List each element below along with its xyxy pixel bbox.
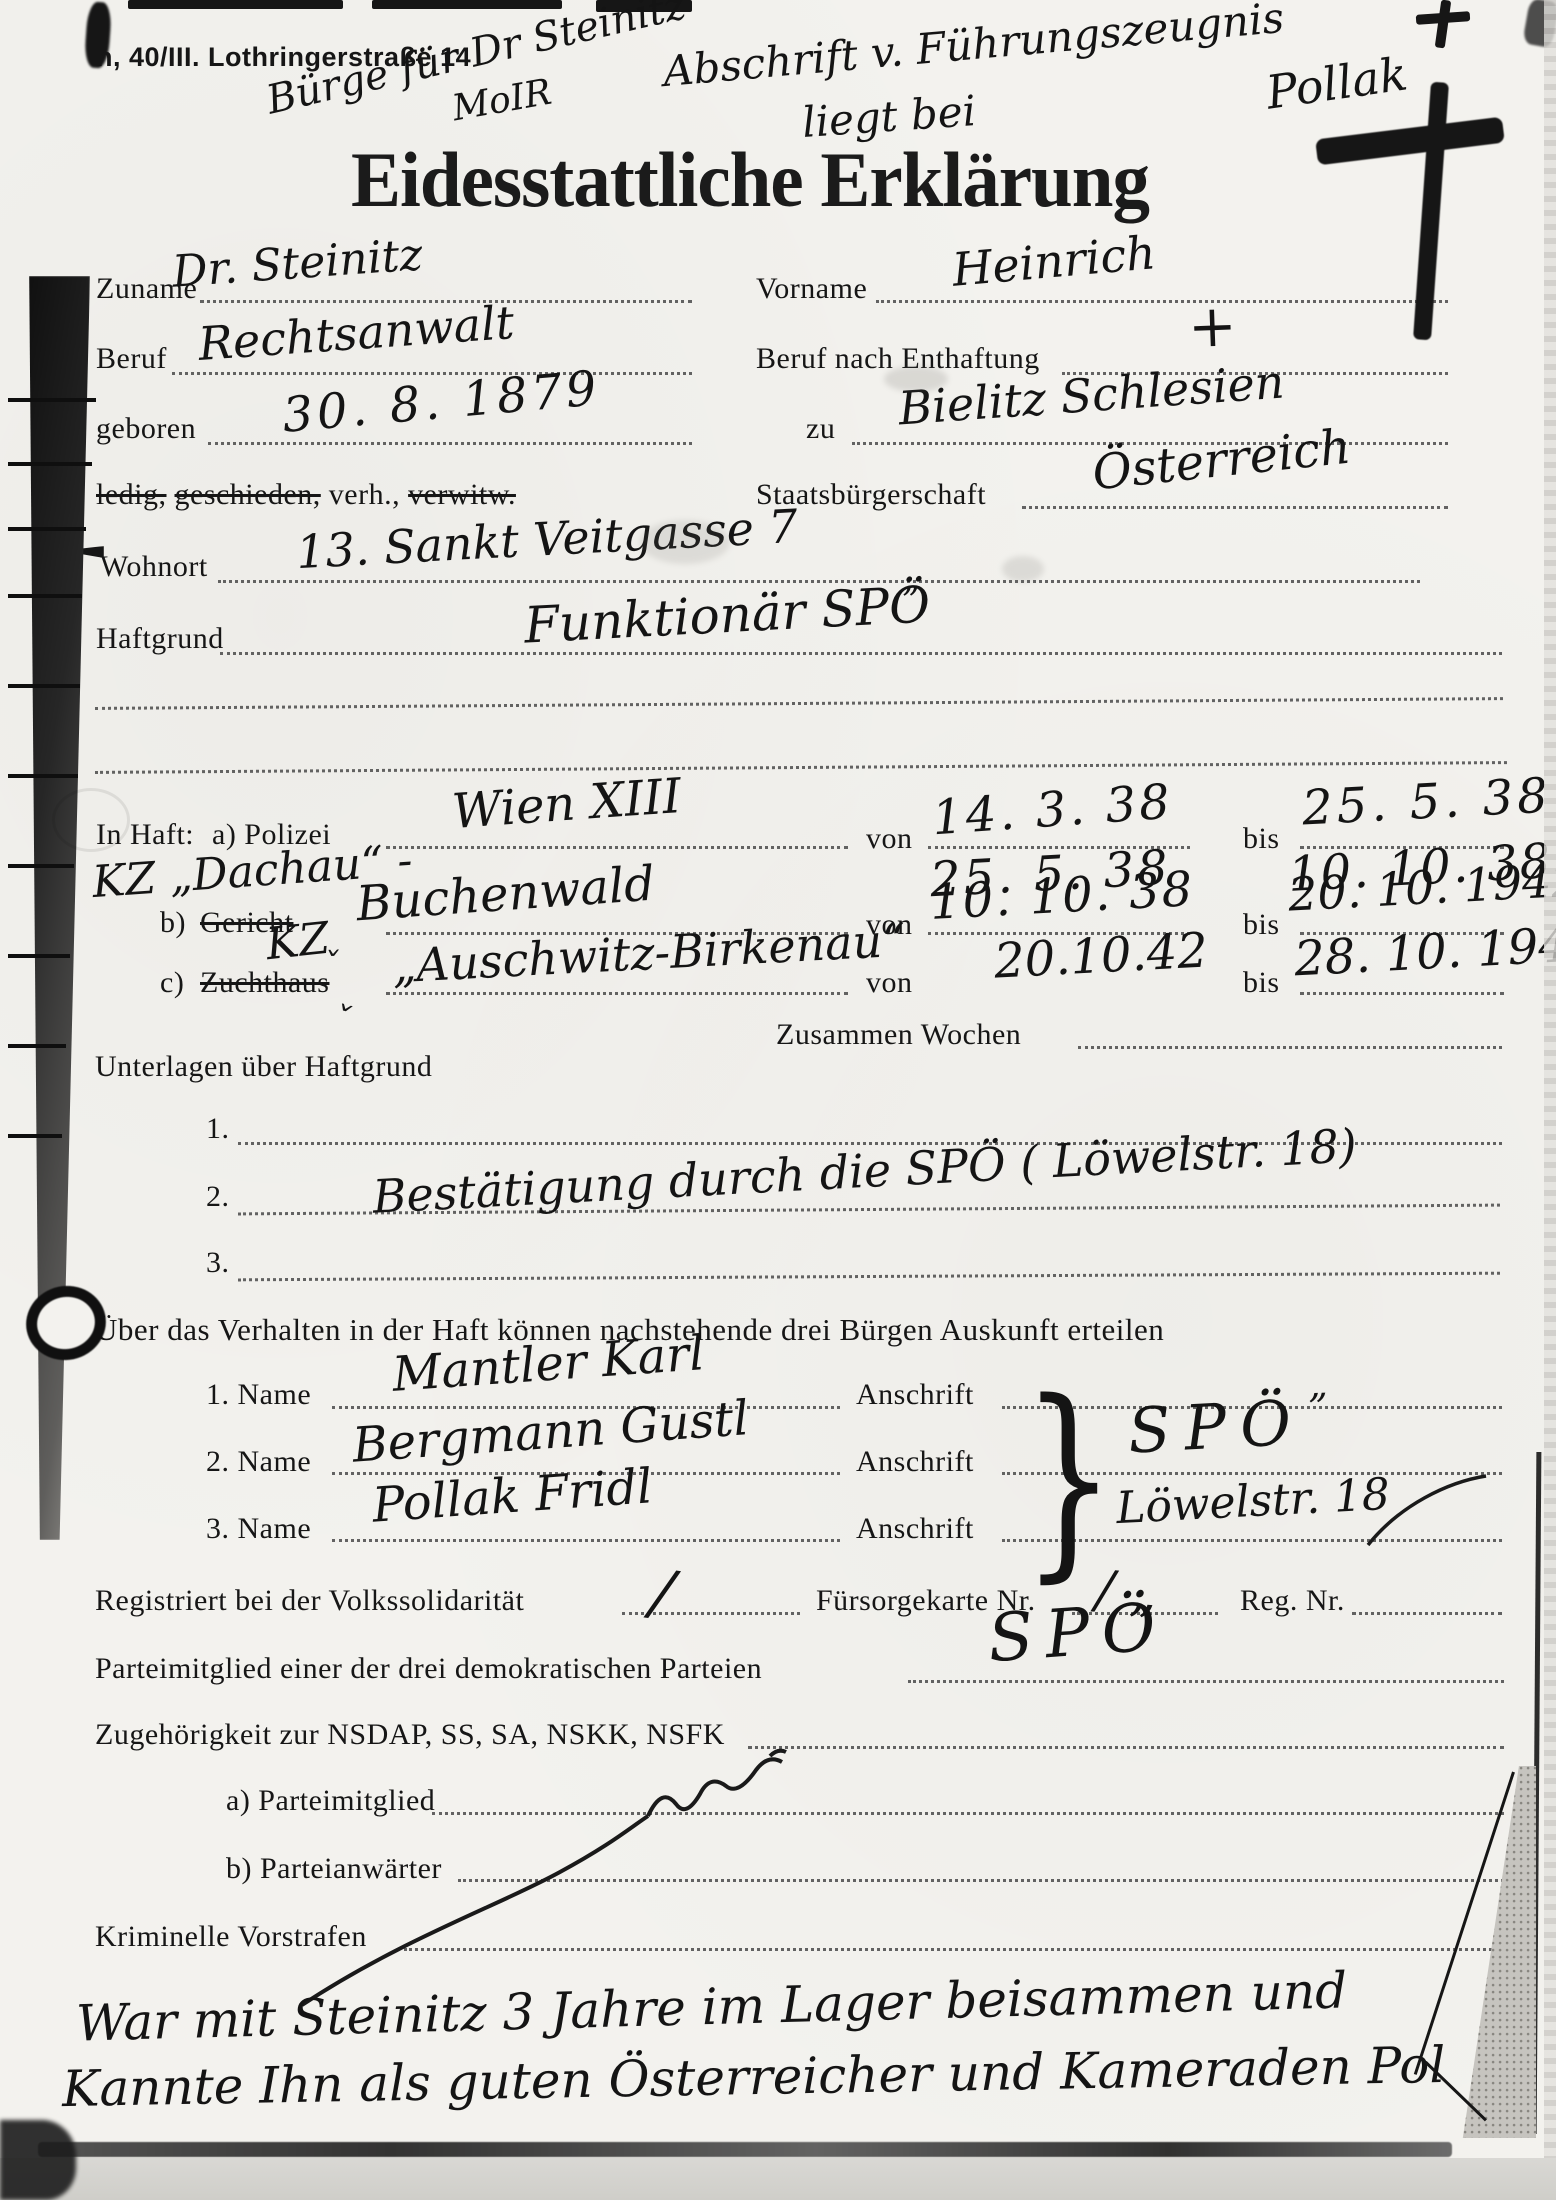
embossed-hole-artifact xyxy=(52,788,130,852)
parteimitglied-a-label: a) Parteimitglied xyxy=(226,1784,435,1818)
zugehoerigkeit-label: Zugehörigkeit zur NSDAP, SS, SA, NSKK, N… xyxy=(95,1718,725,1752)
dotted-line xyxy=(386,992,848,995)
handwritten-note: Abschrift v. Führungszeugnis xyxy=(661,0,1286,96)
parteianwaerter-b-label: b) Parteianwärter xyxy=(226,1852,442,1886)
scan-band-artifact xyxy=(38,2142,1452,2157)
dotted-line xyxy=(458,1879,1504,1882)
unterlagen-heading: Unterlagen über Haftgrund xyxy=(95,1050,432,1084)
witness3-label: 3. Name xyxy=(206,1512,311,1546)
binding-tick-artifact xyxy=(8,864,74,868)
dotted-line xyxy=(238,1272,1500,1282)
handwritten-cross-icon xyxy=(1435,0,1452,48)
bis-label: bis xyxy=(1243,908,1280,942)
detention-c-prefix: c) xyxy=(160,966,184,1000)
smudge-artifact xyxy=(884,366,948,392)
detention-a-place: Wien XIII xyxy=(450,768,683,840)
dotted-line xyxy=(1078,1046,1502,1049)
binding-tick-artifact xyxy=(8,954,70,958)
dotted-line xyxy=(1352,1612,1502,1615)
punch-hole-artifact xyxy=(19,1278,113,1367)
dotted-line xyxy=(332,1539,840,1542)
binding-tick-artifact xyxy=(8,1044,66,1048)
dotted-line xyxy=(208,442,692,445)
von-label: von xyxy=(866,966,913,1000)
kriminelle-vorstrafen-label: Kriminelle Vorstrafen xyxy=(95,1920,367,1954)
binding-tick-artifact xyxy=(8,462,92,466)
field-value-vorname: Heinrich xyxy=(950,225,1158,297)
handwritten-note: MoIR xyxy=(449,72,554,130)
anschrift-label: Anschrift xyxy=(856,1512,974,1546)
corner-blotch-artifact xyxy=(0,2120,76,2200)
witness1-label: 1. Name xyxy=(206,1378,311,1412)
familienstand-ledig: ledig, xyxy=(96,478,167,511)
familienstand-geschieden: geschieden, xyxy=(175,478,321,511)
binding-tick-artifact xyxy=(8,1134,62,1138)
smudge-artifact xyxy=(1002,556,1044,582)
dotted-line xyxy=(404,1948,1504,1951)
volkssolidaritaet-value: / xyxy=(647,1555,678,1630)
parteimitglied-value: SPÖ xyxy=(986,1588,1171,1677)
witness2-name: Bergmann Gustl xyxy=(351,1390,751,1474)
zusammen-wochen-label: Zusammen Wochen xyxy=(776,1018,1021,1052)
field-value-staatsbuergerschaft: Österreich xyxy=(1090,419,1354,502)
field-label-zu: zu xyxy=(806,412,835,446)
dotted-line xyxy=(95,761,1507,774)
page-edge-noise-artifact xyxy=(1544,0,1556,2200)
dotted-line xyxy=(1022,506,1448,509)
handwritten-signature: Pollak xyxy=(1263,46,1411,119)
unterlagen-item1-num: 1. xyxy=(206,1112,230,1146)
binding-tick-artifact xyxy=(8,594,82,598)
cutoff-print-artifact xyxy=(372,0,562,9)
binding-tick-artifact xyxy=(8,684,80,688)
detention-c-label-struck: Zuchthaus xyxy=(200,966,329,1000)
reg-nr-label: Reg. Nr. xyxy=(1240,1584,1345,1618)
scan-band-artifact xyxy=(0,2158,1556,2200)
field-value-haftgrund: Funktionär SPÖ xyxy=(523,575,932,654)
detention-b-prefix: b) xyxy=(160,906,186,940)
check-mark: ˇ xyxy=(325,998,353,1042)
field-label-vorname: Vorname xyxy=(756,272,867,306)
familienstand-verh: verh., xyxy=(329,478,400,511)
dotted-line xyxy=(1300,992,1504,995)
unterlagen-item2-num: 2. xyxy=(206,1180,230,1214)
cutoff-print-artifact xyxy=(128,0,343,9)
familienstand-verwitw: verwitw. xyxy=(408,478,516,511)
von-label: von xyxy=(866,822,913,856)
witness1-anschrift-mark: „ xyxy=(1307,1362,1328,1407)
detention-c-place: „Auschwitz-Birkenau“ xyxy=(391,913,907,994)
bottom-note-line2: Kannte Ihn als guten Österreicher und Ka… xyxy=(62,2036,1446,2118)
field-label-beruf: Beruf xyxy=(96,342,167,376)
anschrift-label: Anschrift xyxy=(856,1445,974,1479)
unterlagen-item3-num: 3. xyxy=(206,1246,230,1280)
detention-a-bis: 25. 5. 38 xyxy=(1301,768,1553,837)
field-label-familienstand: ledig, geschieden, verh., verwitw. xyxy=(96,478,516,512)
dotted-line xyxy=(876,300,1448,303)
binding-tick-artifact xyxy=(8,774,78,778)
dotted-line xyxy=(95,697,1503,710)
field-label-wohnort: Wohnort xyxy=(100,550,208,584)
dotted-line xyxy=(220,652,1502,655)
parteimitglied-label: Parteimitglied einer der drei demokratis… xyxy=(95,1652,762,1686)
bottom-note-line1: War mit Steinitz 3 Jahre im Lager beisam… xyxy=(75,1961,1347,2052)
detention-c-bis: 28. 10. 1942 + xyxy=(1293,913,1556,988)
bis-label: bis xyxy=(1243,822,1280,856)
dotted-line xyxy=(748,1746,1504,1749)
anschrift-label: Anschrift xyxy=(856,1378,974,1412)
dotted-line xyxy=(386,846,848,849)
detention-a-von: 14. 3. 38 xyxy=(930,774,1174,847)
field-label-haftgrund: Haftgrund xyxy=(96,622,224,656)
binding-tick-artifact xyxy=(8,398,96,402)
field-value-beruf-nach-enthaftung: + xyxy=(1187,291,1238,361)
field-value-beruf: Rechtsanwalt xyxy=(197,295,516,371)
handwritten-cross-icon xyxy=(1416,11,1471,25)
smudge-artifact xyxy=(640,520,730,564)
binding-tick-artifact xyxy=(8,527,86,531)
scanned-declaration-document: n, 40/III. Lothringerstraße 14 Bürge für… xyxy=(0,0,1556,2200)
dotted-line xyxy=(908,1680,1504,1683)
field-value-zuname: Dr. Steinitz xyxy=(171,229,425,297)
dotted-line xyxy=(432,1812,1504,1815)
detention-c-von: 20.10.42 xyxy=(993,922,1209,989)
bis-label: bis xyxy=(1243,966,1280,1000)
page-title: Eidesstattliche Erklärung xyxy=(0,136,1500,226)
witness3-anschrift: Löwelstr. 18 xyxy=(1115,1469,1391,1534)
field-label-geboren: geboren xyxy=(96,412,196,446)
witness2-label: 2. Name xyxy=(206,1445,311,1479)
witness2-anschrift: SPÖ xyxy=(1126,1385,1307,1467)
volkssolidaritaet-label: Registriert bei der Volkssolidarität xyxy=(95,1584,524,1618)
